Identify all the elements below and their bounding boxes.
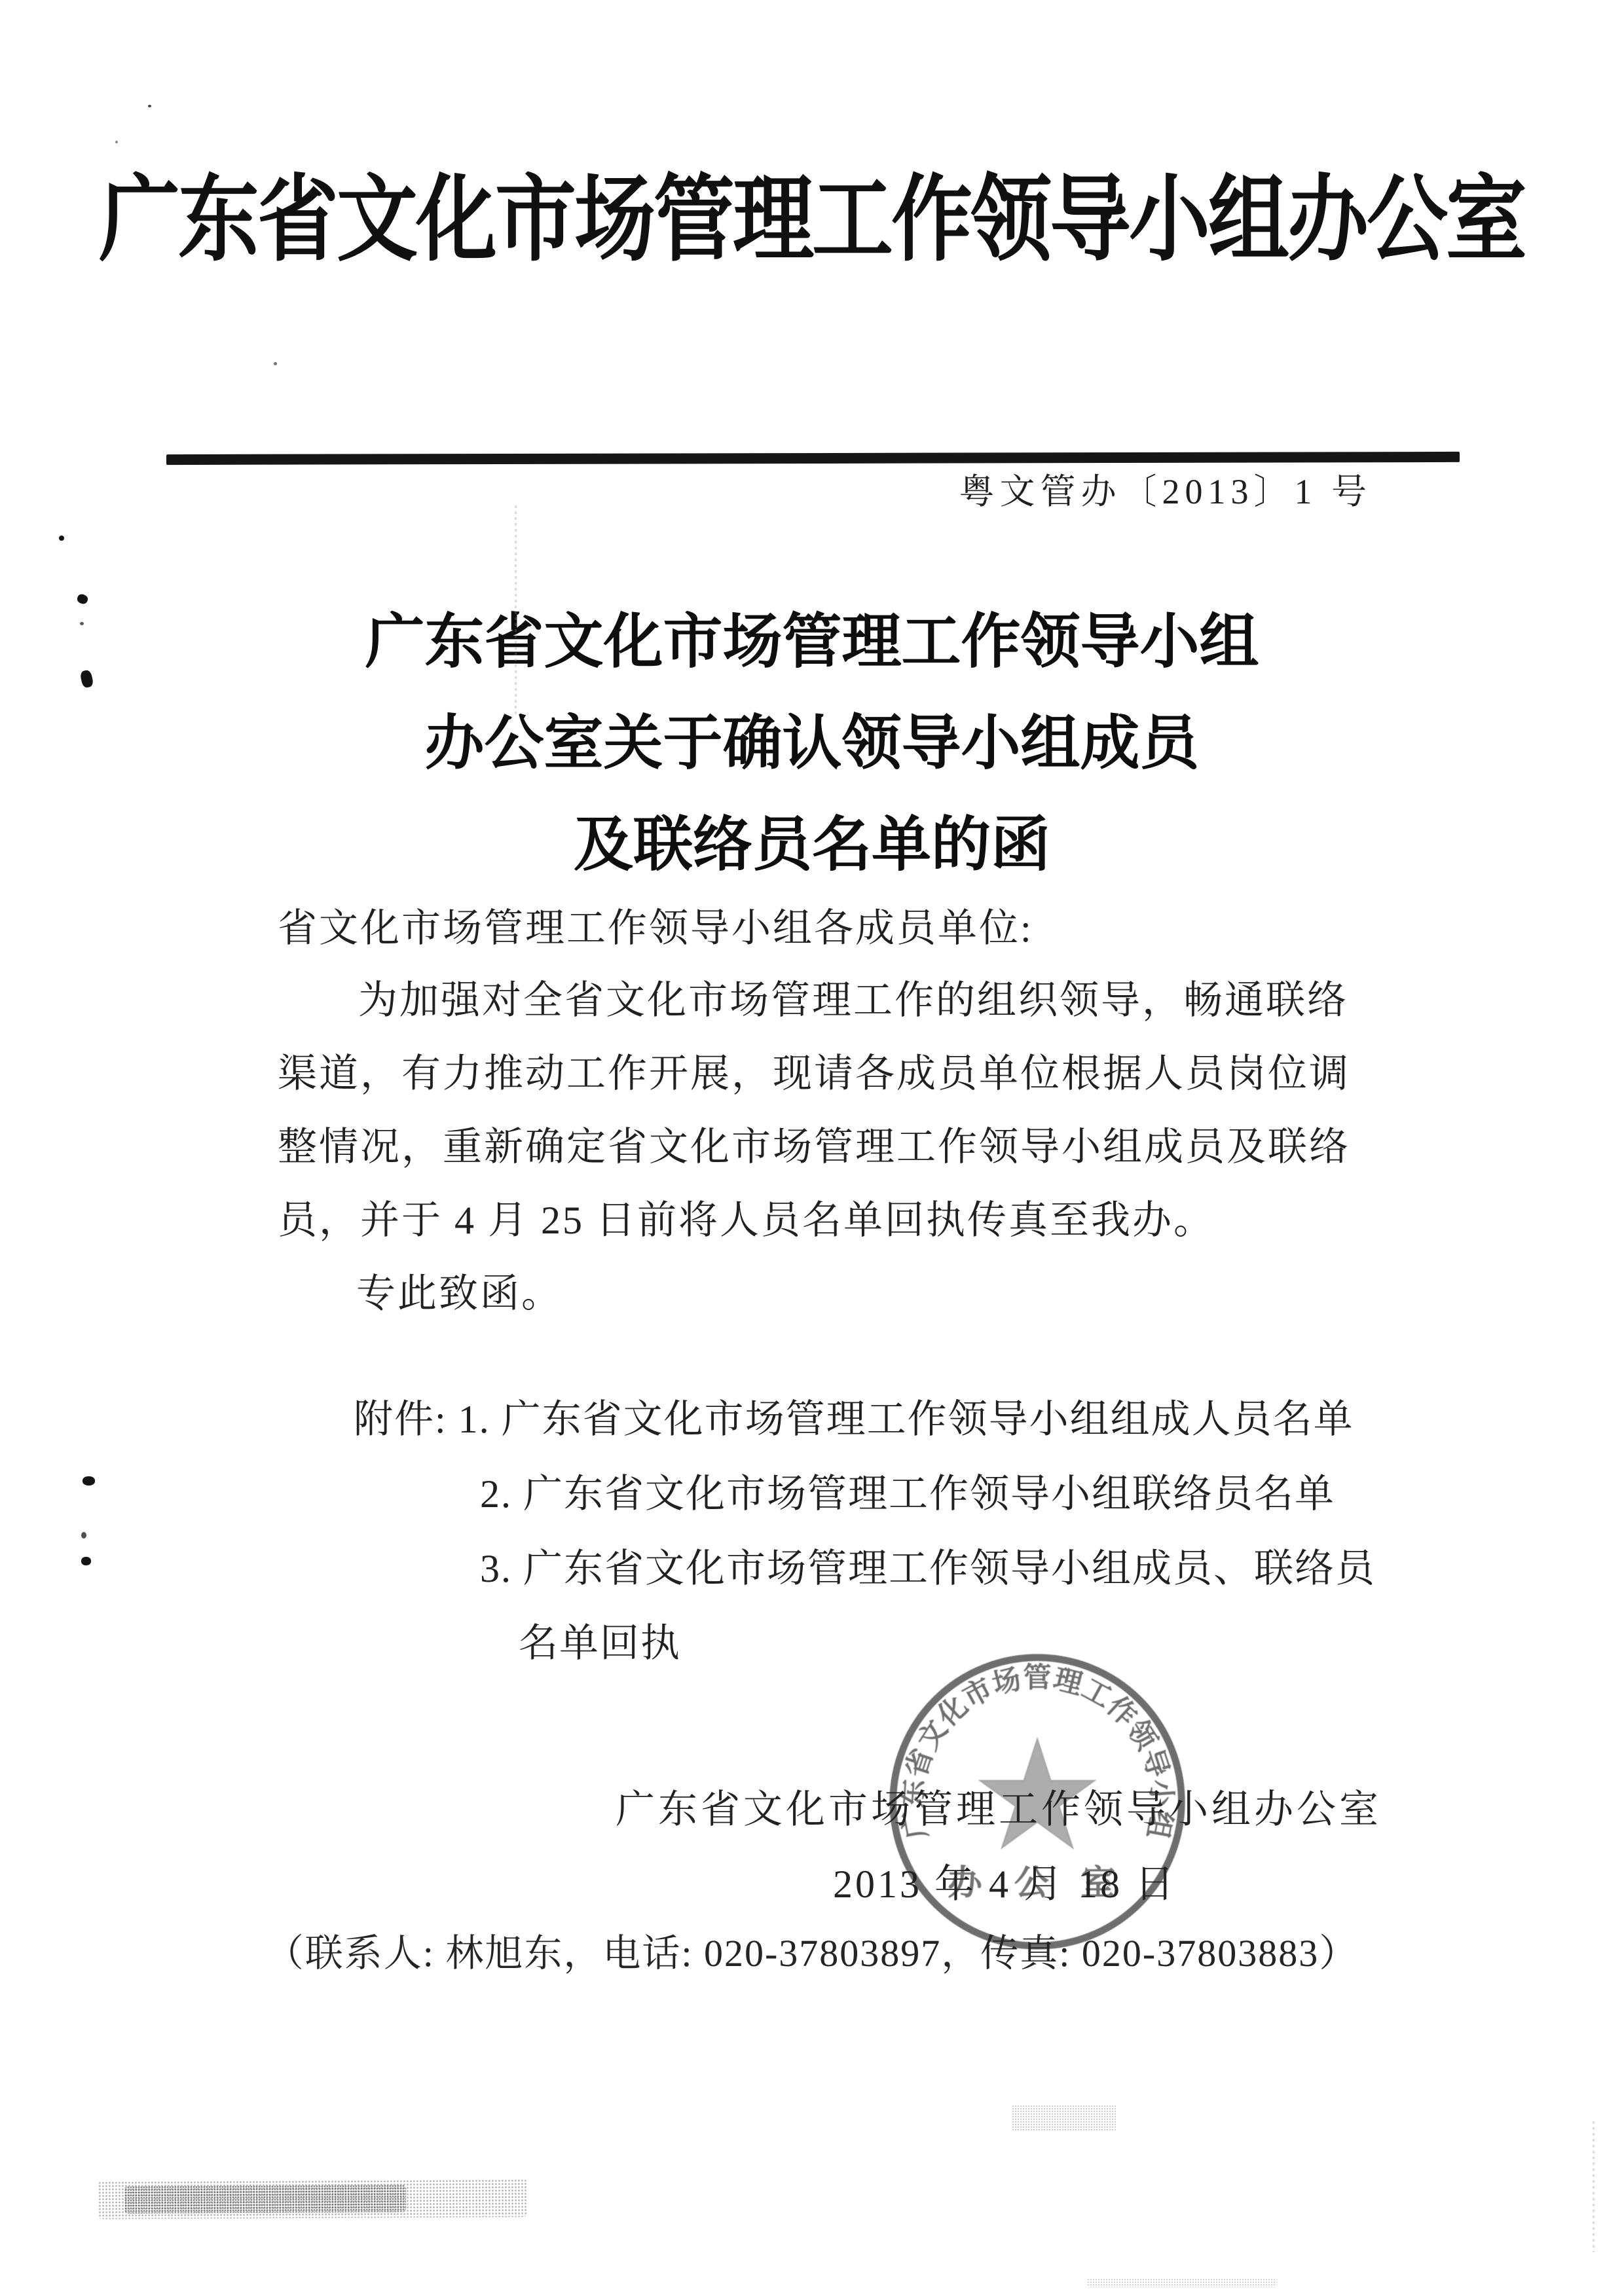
scan-fold-line — [515, 505, 517, 715]
document-title: 广东省文化市场管理工作领导小组 办公室关于确认领导小组成员 及联络员名单的函 — [0, 591, 1624, 896]
scan-fold-line — [1593, 2121, 1595, 2252]
scan-smudge-core — [124, 2185, 406, 2214]
body-line: 为加强对全省文化市场管理工作的组织领导，畅通联络 — [278, 964, 1378, 1037]
ink-speck — [148, 105, 151, 107]
salutation: 省文化市场管理工作领导小组各成员单位: — [278, 892, 1033, 965]
ink-speck — [115, 141, 118, 143]
scan-noise-mark — [1087, 2278, 1277, 2287]
body-paragraph: 为加强对全省文化市场管理工作的组织领导，畅通联络 渠道，有力推动工作开展，现请各… — [278, 964, 1378, 1257]
attachments-list: 附件: 1. 广东省文化市场管理工作领导小组组成人员名单 2. 广东省文化市场管… — [354, 1382, 1376, 1681]
ink-speck — [274, 362, 277, 365]
title-line-3: 及联络员名单的函 — [0, 794, 1624, 896]
scanned-official-letter-page: 广东省文化市场管理工作领导小组办公室 粤文管办〔2013〕1 号 广东省文化市场… — [0, 0, 1624, 2296]
attachment-item-3: 3. 广东省文化市场管理工作领导小组成员、联络员 — [354, 1531, 1376, 1606]
attachments-label: 附件: — [354, 1398, 447, 1441]
ink-speck — [81, 1532, 86, 1539]
contact-info-line: （联系人: 林旭东，电话: 020-37803897，传真: 020-37803… — [0, 1922, 1624, 1977]
body-line: 员，并于 4 月 25 日前将人员名单回执传真至我办。 — [278, 1184, 1378, 1257]
attachment-item-2: 2. 广东省文化市场管理工作领导小组联络员名单 — [354, 1457, 1376, 1531]
attachment-line-1: 附件: 1. 广东省文化市场管理工作领导小组组成人员名单 — [354, 1382, 1376, 1457]
ink-blot — [81, 1557, 91, 1565]
scan-noise-mark — [1012, 2105, 1116, 2131]
attachment-item-3-carryover: 名单回执 — [354, 1606, 1376, 1681]
closing-phrase: 专此致函。 — [356, 1257, 563, 1330]
body-line: 整情况，重新确定省文化市场管理工作领导小组成员及联络 — [278, 1110, 1378, 1184]
document-date: 2013 年 4 月 18 日 — [833, 1853, 1177, 1909]
ink-blot — [83, 1476, 95, 1485]
signing-org-name: 广东省文化市场管理工作领导小组办公室 — [616, 1778, 1382, 1834]
title-line-2: 办公室关于确认领导小组成员 — [0, 693, 1624, 794]
letterhead-org-name: 广东省文化市场管理工作领导小组办公室 — [0, 168, 1624, 274]
title-line-1: 广东省文化市场管理工作领导小组 — [0, 591, 1624, 693]
attachment-item-1: 1. 广东省文化市场管理工作领导小组组成人员名单 — [458, 1398, 1354, 1441]
body-line: 渠道，有力推动工作开展，现请各成员单位根据人员岗位调 — [278, 1037, 1378, 1110]
document-number: 粤文管办〔2013〕1 号 — [959, 464, 1373, 514]
ink-speck — [80, 622, 84, 625]
ink-speck — [59, 536, 64, 541]
